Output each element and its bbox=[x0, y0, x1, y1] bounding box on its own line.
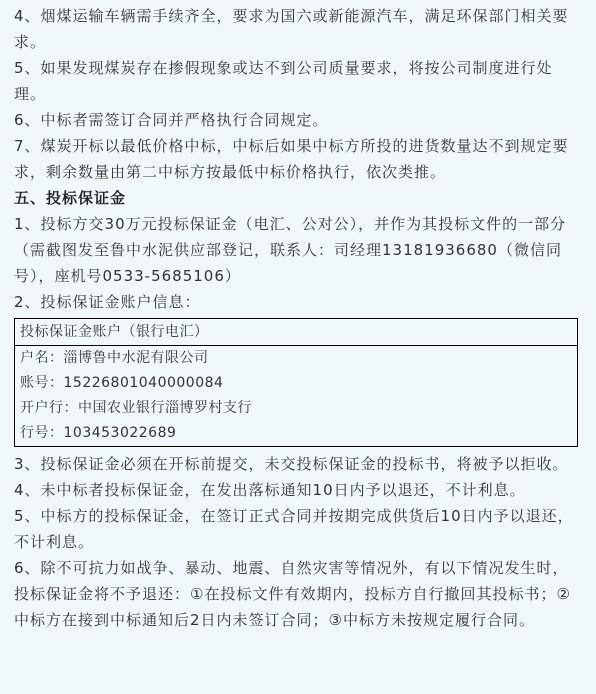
bank-code-cell: 行号：103453022689 bbox=[15, 421, 578, 447]
deposit-item-2: 2、投标保证金账户信息： bbox=[14, 289, 582, 315]
deposit-item-1: 1、投标方交30万元投标保证金（电汇、公对公），并作为其投标文件的一部分（需截图… bbox=[14, 211, 582, 289]
deposit-item-6: 6、除不可抗力如战争、暴动、地震、自然灾害等情况外，有以下情况发生时，投标保证金… bbox=[14, 555, 582, 633]
requirement-item-4: 4、烟煤运输车辆需手续齐全，要求为国六或新能源汽车，满足环保部门相关要求。 bbox=[14, 3, 582, 55]
account-name-cell: 户名：淄博鲁中水泥有限公司 bbox=[15, 346, 578, 372]
deposit-account-table: 投标保证金账户（银行电汇） 户名：淄博鲁中水泥有限公司 账号：152268010… bbox=[14, 318, 578, 447]
requirement-item-5: 5、如果发现煤炭存在掺假现象或达不到公司质量要求，将按公司制度进行处理。 bbox=[14, 55, 582, 107]
requirement-item-6: 6、中标者需签订合同并严格执行合同规定。 bbox=[14, 107, 582, 133]
requirement-item-7: 7、煤炭开标以最低价格中标，中标后如果中标方所投的进货数量达不到规定要求，剩余数… bbox=[14, 133, 582, 185]
table-header-cell: 投标保证金账户（银行电汇） bbox=[15, 319, 578, 346]
deposit-item-3: 3、投标保证金必须在开标前提交，未交投标保证金的投标书，将被予以拒收。 bbox=[14, 451, 582, 477]
document-body: 4、烟煤运输车辆需手续齐全，要求为国六或新能源汽车，满足环保部门相关要求。 5、… bbox=[0, 0, 596, 633]
table-row: 账号：15226801040000084 bbox=[15, 371, 578, 396]
bank-name-cell: 开户行：中国农业银行淄博罗村支行 bbox=[15, 396, 578, 421]
table-row: 开户行：中国农业银行淄博罗村支行 bbox=[15, 396, 578, 421]
deposit-item-5: 5、中标方的投标保证金，在签订正式合同并按期完成供货后10日内予以退还，不计利息… bbox=[14, 503, 582, 555]
section-heading-deposit: 五、投标保证金 bbox=[14, 185, 582, 211]
table-row: 户名：淄博鲁中水泥有限公司 bbox=[15, 346, 578, 372]
deposit-item-4: 4、未中标者投标保证金，在发出落标通知10日内予以退还，不计利息。 bbox=[14, 477, 582, 503]
table-header-row: 投标保证金账户（银行电汇） bbox=[15, 319, 578, 346]
account-number-cell: 账号：15226801040000084 bbox=[15, 371, 578, 396]
table-row: 行号：103453022689 bbox=[15, 421, 578, 447]
